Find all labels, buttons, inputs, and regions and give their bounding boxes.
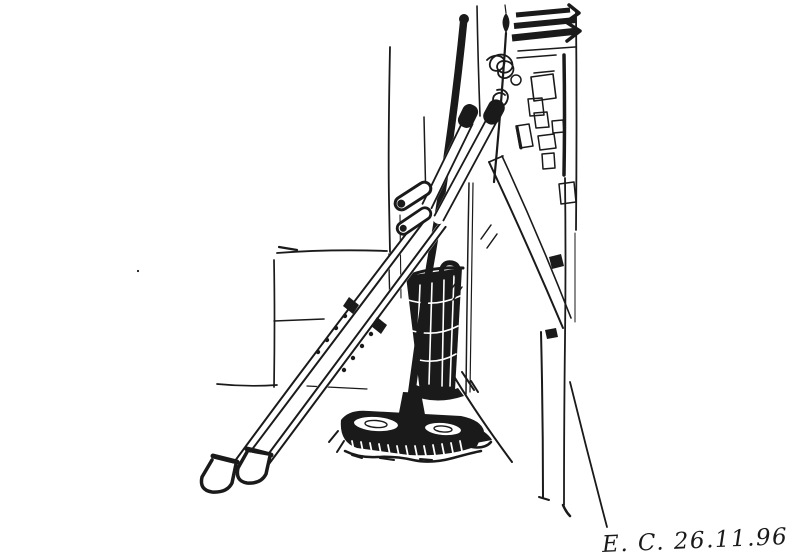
notes-panel — [516, 10, 577, 516]
spear-finial — [503, 13, 510, 33]
floor-line — [570, 382, 607, 527]
sketch-drawing — [0, 0, 800, 560]
vent-hatch-bars — [512, 5, 580, 58]
ink-sketch-canvas: E. C. 26.11.96 — [0, 0, 800, 560]
wall-ledge — [137, 47, 429, 389]
mop-handle — [462, 5, 510, 394]
open-door — [455, 156, 607, 527]
crutch-tips — [201, 449, 271, 492]
pinned-notes — [516, 71, 576, 204]
thin-rod — [477, 6, 480, 116]
cuff-front — [456, 102, 481, 131]
panel-frame-line — [564, 55, 565, 175]
